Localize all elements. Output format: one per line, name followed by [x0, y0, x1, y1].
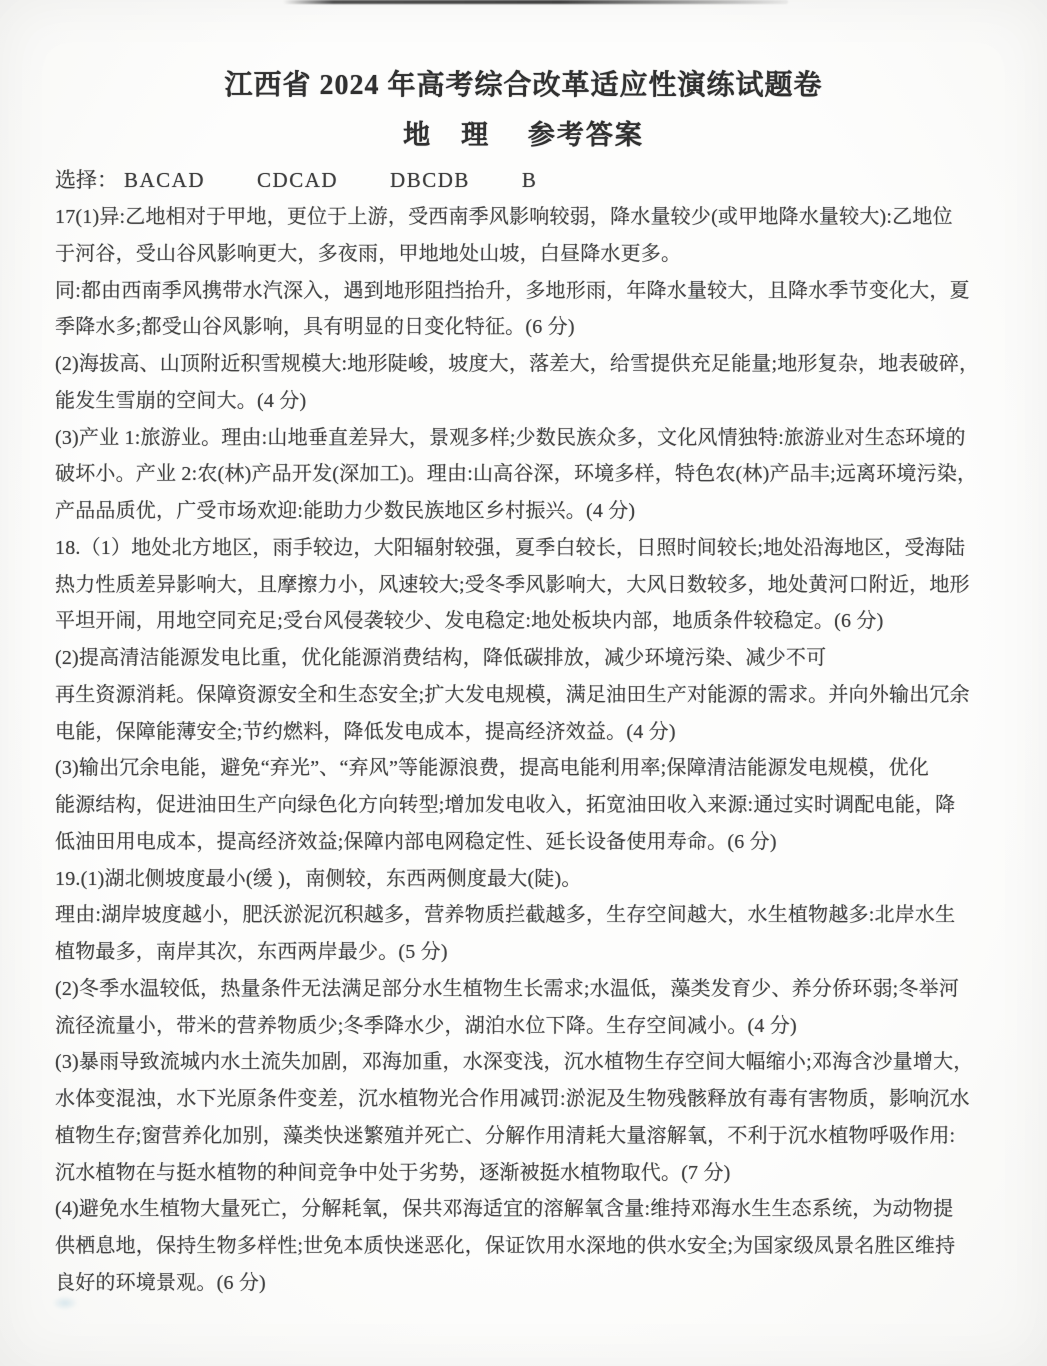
answer-line: 能发生雪崩的空间大。(4 分) — [55, 383, 1005, 420]
scanned-answer-sheet: 江西省 2024 年高考综合改革适应性演练试题卷 地 理 参考答案 选择：BAC… — [0, 0, 1047, 1366]
document-subject-heading: 地 理 参考答案 — [0, 113, 1047, 152]
answer-line: (3)暴雨导致流城内水土流失加剧，邓海加重，水深变浅，沉水植物生存空间大幅缩小;… — [55, 1044, 1005, 1081]
answer-line: 于河谷，受山谷风影响更大，多夜雨，甲地地处山坡，白昼降水更多。 — [55, 236, 1005, 273]
choice-answers-label: 选择： — [55, 168, 118, 192]
answer-line: 再生资源消耗。保障资源安全和生态安全;扩大发电规模，满足油田生产对能源的需求。并… — [55, 677, 1005, 714]
choice-answer-group: DBCDB — [390, 168, 470, 192]
answer-line: 破坏小。产业 2:农(林)产品开发(深加工)。理由:山高谷深，环境多样，特色农(… — [55, 456, 1005, 493]
scan-edge-artifact — [283, 0, 788, 4]
answer-line: 水体变混浊，水下光原条件变差，沉水植物光合作用减罚:淤泥及生物残骸释放有毒有害物… — [55, 1081, 1005, 1118]
answer-line: (3)输出冗余电能，避免“弃光”、“弃风”等能源浪费，提高电能利用率;保障清洁能… — [55, 750, 1005, 787]
answer-line: 良好的环境景观。(6 分) — [55, 1265, 1005, 1302]
answer-line: 电能，保障能薄安全;节约燃料，降低发电成本，提高经济效益。(4 分) — [55, 714, 1005, 751]
answer-line: (3)产业 1:旅游业。理由:山地垂直差异大，景观多样;少数民族众多，文化风情独… — [55, 420, 1005, 457]
answer-line: 植物最多，南岸其次，东西两岸最少。(5 分) — [55, 934, 1005, 971]
answer-line: 植物生存;窗营养化加别，藻类快迷繁殖并死亡、分解作用清耗大量溶解氧，不利于沉水植… — [55, 1118, 1005, 1155]
choice-answer-group: CDCAD — [257, 168, 338, 192]
answer-line: 17(1)异:乙地相对于甲地，更位于上游，受西南季风影响较弱，降水量较少(或甲地… — [55, 199, 1005, 236]
answer-text-body: 17(1)异:乙地相对于甲地，更位于上游，受西南季风影响较弱，降水量较少(或甲地… — [55, 199, 1005, 1302]
answer-line: 低油田用电成本，提高经济效益;保障内部电网稳定性、延长设备使用寿命。(6 分) — [55, 824, 1005, 861]
choice-answer-group: BACAD — [124, 168, 205, 192]
answer-line: 供栖息地，保持生物多样性;世免本质快迷恶化，保证饮用水深地的供水安全;为国家级凤… — [55, 1228, 1005, 1265]
answer-line: 产品品质优，广受市场欢迎:能助力少数民族地区乡村振兴。(4 分) — [55, 493, 1005, 530]
answer-line: 理由:湖岸坡度越小，肥沃淤泥沉积越多，营养物质拦截越多，生存空间越大，水生植物越… — [55, 897, 1005, 934]
answer-line: 平坦开闹，用地空同充足;受台风侵袭较少、发电稳定:地处板块内部，地质条件较稳定。… — [55, 603, 1005, 640]
document-title: 江西省 2024 年高考综合改革适应性演练试题卷 — [0, 63, 1047, 103]
answer-line: (2)海拔高、山顶附近积雪规模大:地形陡峻，坡度大，落差大，给雪提供充足能量;地… — [55, 346, 1005, 383]
choice-answer-group: B — [522, 168, 538, 192]
answer-line: 流径流量小，带米的营养物质少;冬季降水少，湖泊水位下降。生存空间减小。(4 分) — [55, 1008, 1005, 1045]
answer-line: 19.(1)湖北侧坡度最小(缓 )，南侧较，东西两侧度最大(陡)。 — [55, 861, 1005, 898]
answer-line: (4)避免水生植物大量死亡，分解耗氧，保共邓海适宜的溶解氧含量:维持邓海水生生态… — [55, 1191, 1005, 1228]
answer-line: (2)冬季水温较低，热量条件无法满足部分水生植物生长需求;水温低，藻类发育少、养… — [55, 971, 1005, 1008]
answer-line: 热力性质差异影响大，且摩擦力小，风速较大;受冬季风影响大，大风日数较多，地处黄河… — [55, 567, 1005, 604]
choice-answers-line: 选择：BACADCDCADDBCDBB — [55, 164, 537, 194]
choice-answer-groups: BACADCDCADDBCDBB — [124, 168, 537, 192]
answer-line: 季降水多;都受山谷风影响，具有明显的日变化特征。(6 分) — [55, 309, 1005, 346]
answer-line: 沉水植物在与挺水植物的种间竞争中处于劣势，逐渐被挺水植物取代。(7 分) — [55, 1155, 1005, 1192]
answer-line: 能源结构，促进油田生产向绿色化方向转型;增加发电收入，拓宽油田收入来源:通过实时… — [55, 787, 1005, 824]
answer-line: (2)提高清洁能源发电比重，优化能源消费结构，降低碳排放，减少环境污染、减少不可 — [55, 640, 1005, 677]
answer-line: 18.（1）地处北方地区，雨手较边，大阳辐射较强，夏季白较长，日照时间较长;地处… — [55, 530, 1005, 567]
answer-line: 同:都由西南季风携带水汽深入，遇到地形阻挡抬升，多地形雨，年降水量较大，且降水季… — [55, 273, 1005, 310]
